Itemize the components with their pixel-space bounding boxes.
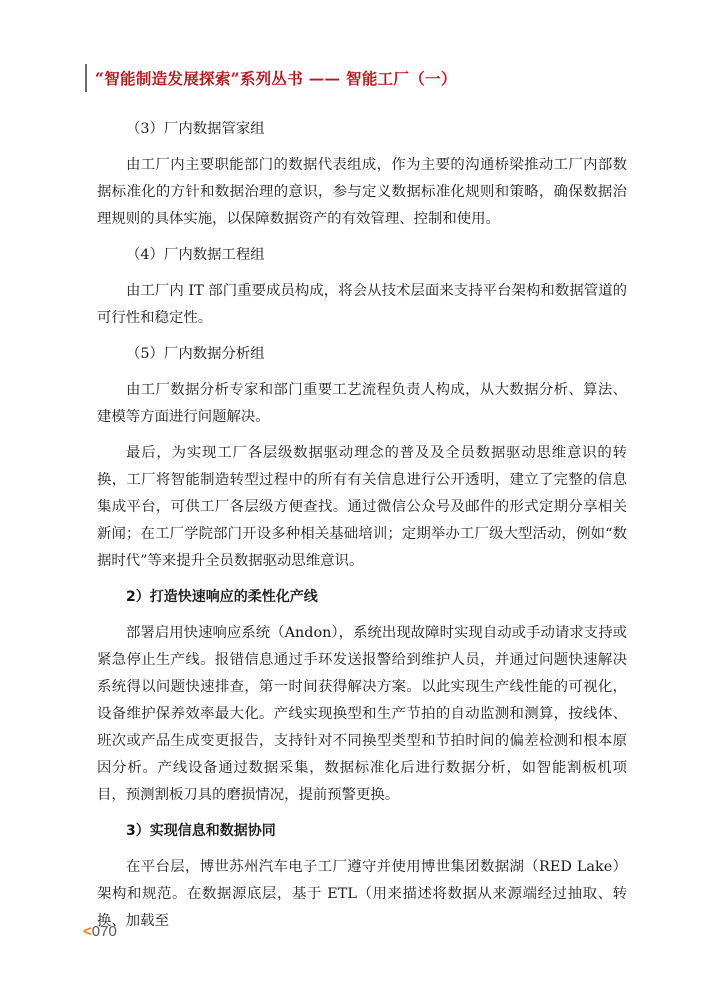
paragraph: 最后，为实现工厂各层级数据驱动理念的普及及全员数据驱动思维意识的转换，工厂将智能… bbox=[97, 440, 627, 575]
page-body: （3）厂内数据管家组 由工厂内主要职能部门的数据代表组成，作为主要的沟通桥梁推动… bbox=[97, 116, 627, 935]
page-footer: <070 bbox=[83, 923, 117, 940]
page-marker-icon: < bbox=[83, 923, 92, 940]
subheading-data-analysis-group: （5）厂内数据分析组 bbox=[97, 341, 627, 368]
paragraph: 部署启用快速响应系统（Andon），系统出现故障时实现自动或手动请求支持或紧急停… bbox=[97, 620, 627, 809]
paragraph: 在平台层，博世苏州汽车电子工厂遵守并使用博世集团数据湖（RED Lake）架构和… bbox=[97, 854, 627, 935]
subheading-data-steward-group: （3）厂内数据管家组 bbox=[97, 116, 627, 143]
page-number: 070 bbox=[92, 923, 117, 940]
subheading-data-engineering-group: （4）厂内数据工程组 bbox=[97, 242, 627, 269]
header-divider-bar bbox=[85, 64, 87, 92]
paragraph: 由工厂内主要职能部门的数据代表组成，作为主要的沟通桥梁推动工厂内部数据标准化的方… bbox=[97, 152, 627, 233]
running-header: “智能制造发展探索”系列丛书 —— 智能工厂（一） bbox=[85, 64, 457, 92]
book-series-title: “智能制造发展探索”系列丛书 —— 智能工厂（一） bbox=[95, 67, 457, 89]
section-heading-data-collaboration: 3）实现信息和数据协同 bbox=[97, 818, 627, 845]
section-heading-flexible-line: 2）打造快速响应的柔性化产线 bbox=[97, 584, 627, 611]
paragraph: 由工厂数据分析专家和部门重要工艺流程负责人构成，从大数据分析、算法、建模等方面进… bbox=[97, 377, 627, 431]
paragraph: 由工厂内 IT 部门重要成员构成，将会从技术层面来支持平台架构和数据管道的可行性… bbox=[97, 278, 627, 332]
